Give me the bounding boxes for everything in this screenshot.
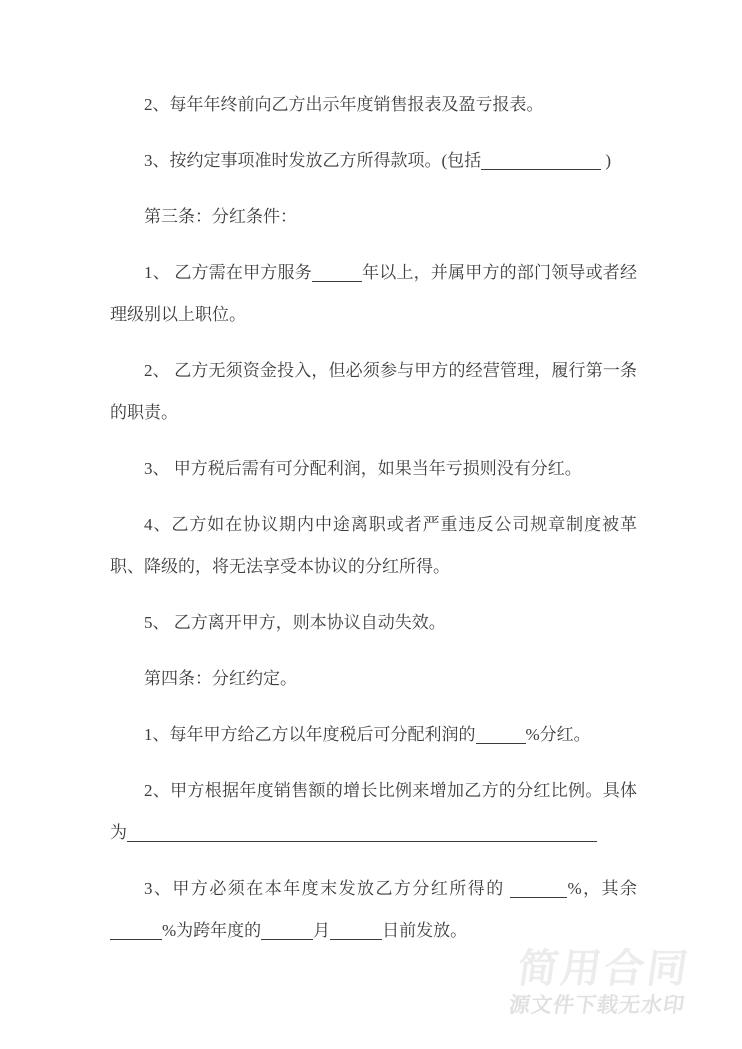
contract-paragraph: 1、每年甲方给乙方以年度税后可分配利润的%分红。 (110, 714, 637, 756)
contract-paragraph: 1、 乙方需在甲方服务年以上，并属甲方的部门领导或者经理级别以上职位。 (110, 252, 637, 336)
fill-in-blank (476, 729, 526, 744)
watermark-subtitle: 源文件下载无水印 (507, 989, 687, 1019)
contract-paragraph: 2、 乙方无须资金投入，但必须参与甲方的经营管理，履行第一条的职责。 (110, 350, 637, 434)
fill-in-blank (481, 155, 601, 170)
fill-in-blank (127, 827, 597, 842)
fill-in-blank (110, 925, 162, 940)
contract-paragraph: 3、甲方必须在本年度末发放乙方分红所得的 %，其余%为跨年度的月日前发放。 (110, 868, 637, 952)
contract-paragraph: 第三条：分红条件： (110, 196, 637, 238)
contract-paragraph: 2、每年年终前向乙方出示年度销售报表及盈亏报表。 (110, 84, 637, 126)
fill-in-blank (510, 883, 567, 898)
contract-paragraph: 第四条：分红约定。 (110, 658, 637, 700)
contract-body: 2、每年年终前向乙方出示年度销售报表及盈亏报表。3、按约定事项准时发放乙方所得款… (110, 84, 637, 966)
document-page: 2、每年年终前向乙方出示年度销售报表及盈亏报表。3、按约定事项准时发放乙方所得款… (0, 0, 742, 1049)
contract-paragraph: 3、 甲方税后需有可分配利润，如果当年亏损则没有分红。 (110, 448, 637, 490)
fill-in-blank (330, 925, 382, 940)
contract-paragraph: 4、乙方如在协议期内中途离职或者严重违反公司规章制度被革职、降级的，将无法享受本… (110, 504, 637, 588)
fill-in-blank (261, 925, 313, 940)
contract-paragraph: 3、按约定事项准时发放乙方所得款项。(包括 ) (110, 140, 637, 182)
contract-paragraph: 2、甲方根据年度销售额的增长比例来增加乙方的分红比例。具体为 (110, 770, 637, 854)
contract-paragraph: 5、 乙方离开甲方，则本协议自动失效。 (110, 602, 637, 644)
fill-in-blank (312, 267, 362, 282)
